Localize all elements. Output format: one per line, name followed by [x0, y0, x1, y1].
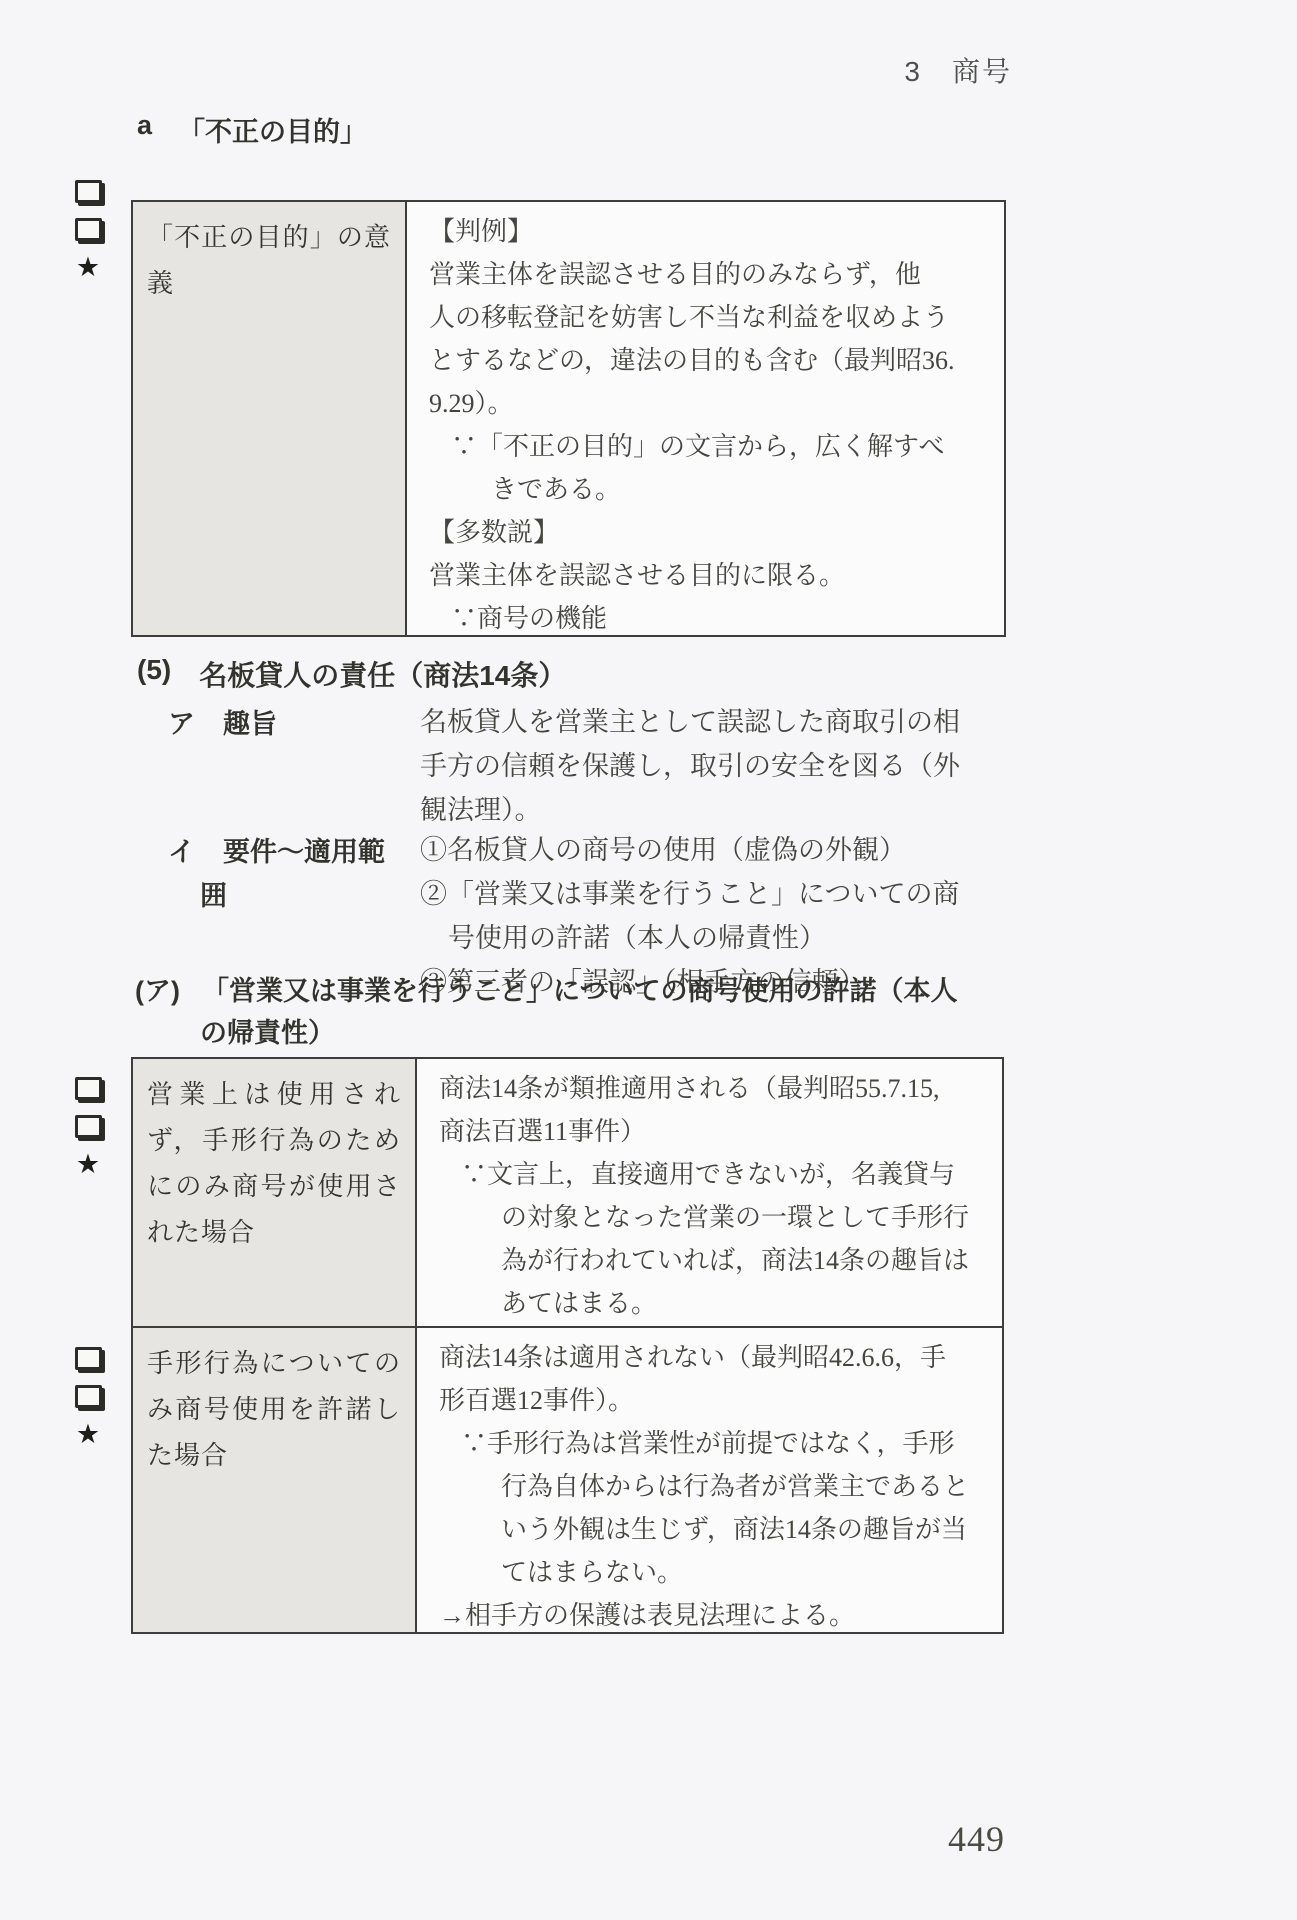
body-line: 【判例】 [429, 210, 996, 253]
body-line: 観法理）。 [420, 788, 960, 832]
table-row: 「不正の目的」の意 義 【判例】 営業主体を誤認させる目的のみならず，他 人の移… [133, 202, 1004, 635]
body-line: ∵「不正の目的」の文言から，広く解すべ [451, 425, 996, 468]
row-header-line: み商号使用を許諾し [147, 1386, 401, 1432]
body-line: 号使用の許諾（本人の帰責性） [448, 916, 959, 960]
body-line: 行為自体からは行為者が営業主であると [501, 1465, 994, 1508]
table-meitagashi: 営業上は使用され ず，手形行為のため にのみ商号が使用さ れた場合 商法14条が… [131, 1057, 1004, 1634]
row-body-cell: 商法14条は適用されない（最判昭42.6.6，手 形百選12事件）。 ∵手形行為… [417, 1328, 1002, 1632]
body-line: 商法百選11事件） [439, 1110, 994, 1153]
checkbox-icon [75, 1115, 102, 1138]
star-icon: ★ [76, 1421, 100, 1448]
body-line: 人の移転登記を妨害し不当な利益を収めよう [429, 296, 996, 339]
body-line: きである。 [491, 468, 996, 511]
row-header-cell: 営業上は使用され ず，手形行為のため にのみ商号が使用さ れた場合 [133, 1059, 417, 1326]
table-row: 営業上は使用され ず，手形行為のため にのみ商号が使用さ れた場合 商法14条が… [133, 1059, 1002, 1328]
body-line: 為が行われていれば，商法14条の趣旨は [501, 1239, 994, 1282]
section-a-number: a [137, 110, 152, 149]
running-head: 3 商号 [0, 50, 1012, 90]
body-line: 【多数説】 [429, 511, 996, 554]
body-line: 名板貸人を営業主として誤認した商取引の相 [420, 700, 960, 744]
item-a-label: ア 趣旨 [168, 702, 277, 741]
body-line: いう外観は生じず，商法14条の趣旨が当 [501, 1508, 994, 1551]
margin-marks-3: ★ [70, 1347, 106, 1448]
body-line: ①名板貸人の商号の使用（虚偽の外観） [420, 828, 959, 872]
body-line: 9.29）。 [429, 382, 996, 425]
row-header-line: 手形行為についての [147, 1340, 401, 1386]
body-line: 営業主体を誤認させる目的に限る。 [429, 554, 996, 597]
body-line: あてはまる。 [501, 1282, 994, 1325]
margin-marks-1: ★ [70, 180, 106, 281]
section-a-title: 「不正の目的」 [178, 110, 367, 149]
checkbox-icon [75, 1385, 102, 1408]
star-icon: ★ [76, 254, 100, 281]
row-header-line: にのみ商号が使用さ [147, 1163, 401, 1209]
margin-marks-2: ★ [70, 1077, 106, 1178]
row-header-line: れた場合 [147, 1209, 401, 1255]
body-line: →相手方の保護は表見法理による。 [439, 1594, 994, 1637]
checkbox-icon [75, 1347, 102, 1370]
row-header-line: 営業上は使用され [147, 1071, 401, 1117]
item-i-label: イ 要件～適用範 [168, 830, 385, 869]
textbook-page: 3 商号 a 「不正の目的」 ★ 「不正の目的」の意 義 【判例】 営業主体を誤… [0, 0, 1297, 1920]
row-header-line: ず，手形行為のため [147, 1117, 401, 1163]
body-line: ∵商号の機能 [451, 597, 996, 640]
section-5-heading: (5) 名板貸人の責任（商法14条） [137, 654, 566, 694]
checkbox-icon [75, 218, 102, 241]
checkbox-icon [75, 1077, 102, 1100]
section-5-number: (5) [137, 654, 171, 694]
row-header-line: た場合 [147, 1432, 401, 1478]
body-line: てはまらない。 [501, 1551, 994, 1594]
item-i-title: 要件～適用範 [223, 830, 385, 869]
section-a2-title: 「営業又は事業を行うこと」についての商号使用の許諾（本人 [202, 970, 957, 1012]
item-i-label-wrap: 囲 [200, 874, 227, 913]
item-a-number: ア [168, 702, 195, 741]
item-a-text: 名板貸人を営業主として誤認した商取引の相 手方の信頼を保護し，取引の安全を図る（… [420, 700, 960, 832]
row-body-cell: 【判例】 営業主体を誤認させる目的のみならず，他 人の移転登記を妨害し不当な利益… [407, 202, 1004, 635]
row-header-cell: 「不正の目的」の意 義 [133, 202, 407, 635]
body-line: 営業主体を誤認させる目的のみならず，他 [429, 253, 996, 296]
body-line: 商法14条が類推適用される（最判昭55.7.15, [439, 1067, 994, 1110]
item-a-title: 趣旨 [223, 702, 277, 741]
body-line: ②「営業又は事業を行うこと」についての商 [420, 872, 959, 916]
item-i-number: イ [168, 830, 195, 869]
table-fusei-no-mokuteki: 「不正の目的」の意 義 【判例】 営業主体を誤認させる目的のみならず，他 人の移… [131, 200, 1006, 637]
body-line: 手方の信頼を保護し，取引の安全を図る（外 [420, 744, 960, 788]
row-header-cell: 手形行為についての み商号使用を許諾し た場合 [133, 1328, 417, 1632]
row-header-line: 義 [147, 260, 391, 306]
section-5-title: 名板貸人の責任（商法14条） [199, 654, 566, 694]
section-a2-heading: (ア) 「営業又は事業を行うこと」についての商号使用の許諾（本人 の帰責性） [135, 970, 957, 1054]
body-line: 形百選12事件）。 [439, 1379, 994, 1422]
body-line: 商法14条は適用されない（最判昭42.6.6，手 [439, 1336, 994, 1379]
table-row: 手形行為についての み商号使用を許諾し た場合 商法14条は適用されない（最判昭… [133, 1328, 1002, 1632]
row-header-line: 「不正の目的」の意 [147, 214, 391, 260]
page-number: 449 [0, 1818, 1005, 1860]
star-icon: ★ [76, 1151, 100, 1178]
body-line: ∵手形行為は営業性が前提ではなく，手形 [461, 1422, 994, 1465]
section-a-heading: a 「不正の目的」 [137, 110, 367, 149]
section-a2-number: (ア) [135, 970, 180, 1012]
checkbox-icon [75, 180, 102, 203]
section-a2-title-wrap: の帰責性） [200, 1012, 957, 1054]
body-line: ∵文言上，直接適用できないが，名義貸与 [461, 1153, 994, 1196]
row-body-cell: 商法14条が類推適用される（最判昭55.7.15, 商法百選11事件） ∵文言上… [417, 1059, 1002, 1326]
body-line: とするなどの，違法の目的も含む（最判昭36. [429, 339, 996, 382]
body-line: の対象となった営業の一環として手形行 [501, 1196, 994, 1239]
